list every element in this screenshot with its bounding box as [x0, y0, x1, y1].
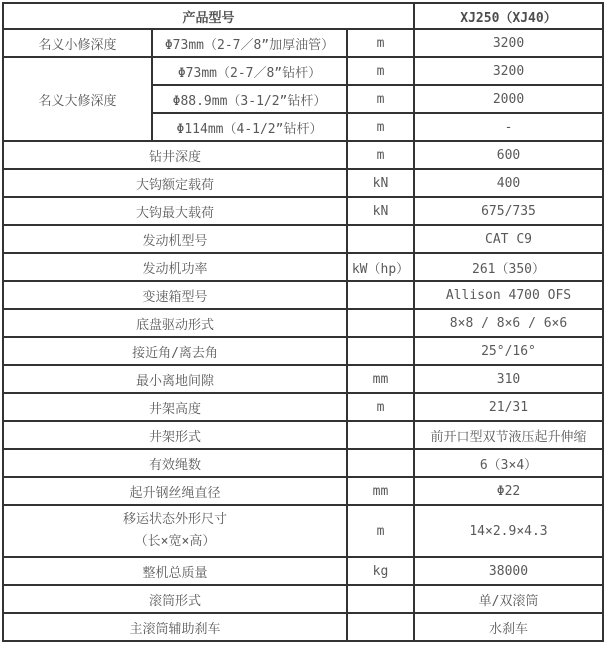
- row-label: 主滚筒辅助刹车: [3, 613, 347, 641]
- row-value: -: [414, 113, 603, 141]
- row-label: 起升钢丝绳直径: [3, 477, 347, 505]
- table-row: 变速箱型号 Allison 4700 OFS: [3, 281, 603, 309]
- row-label-line1: 移运状态外形尺寸: [6, 509, 344, 531]
- row-label: 名义大修深度: [3, 57, 152, 141]
- row-label: 有效绳数: [3, 449, 347, 477]
- row-value: 前开口型双节液压起升伸缩: [414, 421, 603, 449]
- row-unit: m: [347, 141, 414, 169]
- row-unit: kg: [347, 557, 414, 585]
- row-unit: m: [347, 505, 414, 557]
- row-value: 单/双滚筒: [414, 585, 603, 613]
- row-sublabel: Φ73mm（2-7／8”钻杆）: [152, 57, 347, 85]
- table-row: 发动机型号 CAT C9: [3, 225, 603, 253]
- table-row: 名义大修深度 Φ73mm（2-7／8”钻杆） m 3200: [3, 57, 603, 85]
- row-label: 变速箱型号: [3, 281, 347, 309]
- row-sublabel: Φ73mm（2-7／8”加厚油管）: [152, 29, 347, 57]
- row-value: 25°/16°: [414, 337, 603, 365]
- table-row: 大钩额定载荷 kN 400: [3, 169, 603, 197]
- row-unit: m: [347, 29, 414, 57]
- row-unit: [347, 421, 414, 449]
- row-value: 2000: [414, 85, 603, 113]
- row-value: 14×2.9×4.3: [414, 505, 603, 557]
- row-value: 21/31: [414, 393, 603, 421]
- row-label: 井架高度: [3, 393, 347, 421]
- row-value: 261（350）: [414, 253, 603, 281]
- row-unit: kW（hp）: [347, 253, 414, 281]
- table-row: 井架高度 m 21/31: [3, 393, 603, 421]
- row-label: 名义小修深度: [3, 29, 152, 57]
- table-header-row: 产品型号 XJ250（XJ40）: [3, 3, 603, 29]
- row-label: 底盘驱动形式: [3, 309, 347, 337]
- row-value: 310: [414, 365, 603, 393]
- row-unit: m: [347, 57, 414, 85]
- table-row: 大钩最大载荷 kN 675/735: [3, 197, 603, 225]
- row-label: 发动机型号: [3, 225, 347, 253]
- table-row: 有效绳数 6（3×4）: [3, 449, 603, 477]
- table-row: 主滚筒辅助刹车 水刹车: [3, 613, 603, 641]
- row-label-line2: （长×宽×高）: [6, 531, 344, 553]
- table-row: 底盘驱动形式 8×8 / 8×6 / 6×6: [3, 309, 603, 337]
- product-model-header: 产品型号: [3, 3, 414, 29]
- table-row: 整机总质量 kg 38000: [3, 557, 603, 585]
- row-unit: mm: [347, 477, 414, 505]
- product-model-value: XJ250（XJ40）: [414, 3, 603, 29]
- row-label: 大钩额定载荷: [3, 169, 347, 197]
- row-unit: kN: [347, 169, 414, 197]
- table-row: 移运状态外形尺寸 （长×宽×高） m 14×2.9×4.3: [3, 505, 603, 557]
- row-label: 井架形式: [3, 421, 347, 449]
- table-row: 井架形式 前开口型双节液压起升伸缩: [3, 421, 603, 449]
- row-value: 3200: [414, 57, 603, 85]
- row-value: 6（3×4）: [414, 449, 603, 477]
- row-label: 大钩最大载荷: [3, 197, 347, 225]
- spec-table: 产品型号 XJ250（XJ40） 名义小修深度 Φ73mm（2-7／8”加厚油管…: [2, 2, 604, 642]
- row-label: 最小离地间隙: [3, 365, 347, 393]
- table-row: 起升钢丝绳直径 mm Φ22: [3, 477, 603, 505]
- table-row: 钻井深度 m 600: [3, 141, 603, 169]
- row-value: 38000: [414, 557, 603, 585]
- row-unit: [347, 585, 414, 613]
- row-value: 8×8 / 8×6 / 6×6: [414, 309, 603, 337]
- row-unit: [347, 281, 414, 309]
- row-unit: [347, 613, 414, 641]
- row-unit: [347, 449, 414, 477]
- row-value: 400: [414, 169, 603, 197]
- row-value: Φ22: [414, 477, 603, 505]
- row-sublabel: Φ114mm（4-1/2”钻杆）: [152, 113, 347, 141]
- row-unit: m: [347, 85, 414, 113]
- row-unit: [347, 337, 414, 365]
- row-unit: [347, 225, 414, 253]
- row-label: 发动机功率: [3, 253, 347, 281]
- row-unit: m: [347, 113, 414, 141]
- row-label: 钻井深度: [3, 141, 347, 169]
- row-label: 整机总质量: [3, 557, 347, 585]
- row-sublabel: Φ88.9mm（3-1/2”钻杆）: [152, 85, 347, 113]
- row-unit: kN: [347, 197, 414, 225]
- row-value: CAT C9: [414, 225, 603, 253]
- row-unit: mm: [347, 365, 414, 393]
- table-row: 发动机功率 kW（hp） 261（350）: [3, 253, 603, 281]
- table-row: 最小离地间隙 mm 310: [3, 365, 603, 393]
- row-value: Allison 4700 OFS: [414, 281, 603, 309]
- row-unit: [347, 309, 414, 337]
- row-label: 接近角/离去角: [3, 337, 347, 365]
- row-value: 水刹车: [414, 613, 603, 641]
- row-label: 滚筒形式: [3, 585, 347, 613]
- row-value: 675/735: [414, 197, 603, 225]
- table-row: 接近角/离去角 25°/16°: [3, 337, 603, 365]
- row-value: 600: [414, 141, 603, 169]
- table-row: 滚筒形式 单/双滚筒: [3, 585, 603, 613]
- table-row: 名义小修深度 Φ73mm（2-7／8”加厚油管） m 3200: [3, 29, 603, 57]
- row-label: 移运状态外形尺寸 （长×宽×高）: [3, 505, 347, 557]
- row-value: 3200: [414, 29, 603, 57]
- row-unit: m: [347, 393, 414, 421]
